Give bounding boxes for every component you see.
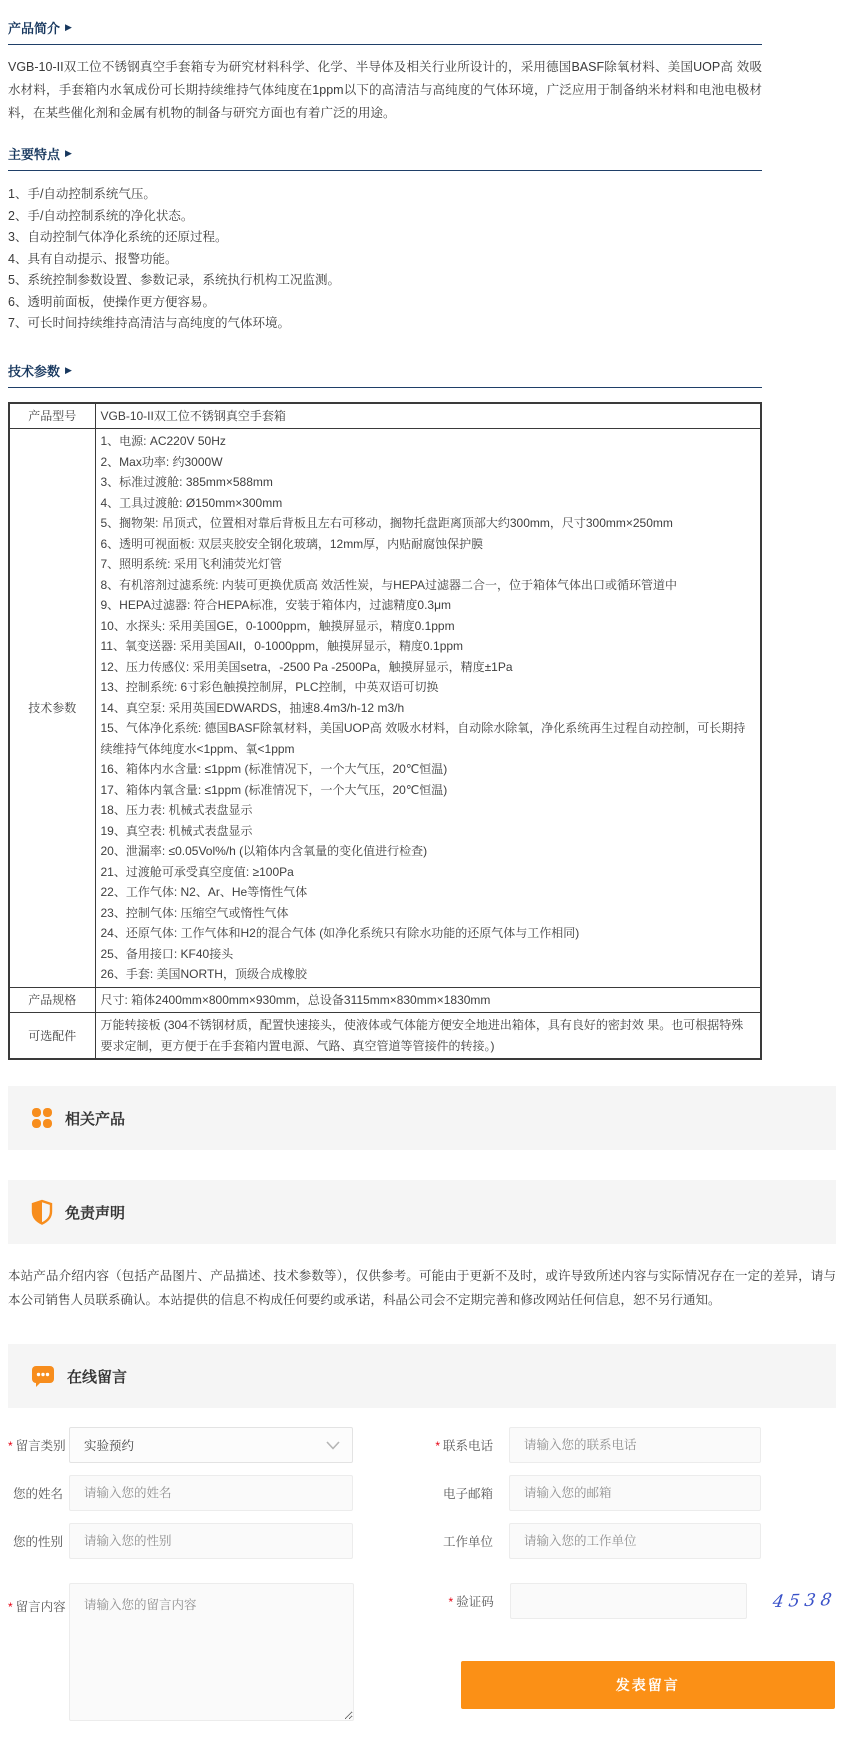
heading-arrow-icon: ▶ [65,148,72,159]
spec-line: 8、有机溶剂过滤系统: 内装可更换优质高 效活性炭，与HEPA过滤器二合一，位于… [101,575,756,596]
spec-line: 26、手套: 美国NORTH，顶级合成橡胶 [101,964,756,985]
spec-line: 18、压力表: 机械式表盘显示 [101,800,756,821]
message-board-band: 在线留言 [8,1344,836,1408]
chevron-down-icon [326,1441,340,1450]
spec-row-value: 1、电源: AC220V 50Hz2、Max功率: 约3000W3、标准过渡舱:… [95,429,761,988]
category-select[interactable]: 实验预约 [69,1427,353,1463]
content-label: 留言内容 [8,1583,63,1615]
clover-icon [30,1106,54,1130]
product-detail-page: 产品简介 ▶ VGB-10-II双工位不锈钢真空手套箱专为研究材料科学、化学、半… [0,0,842,1745]
specs-heading-label: 技术参数 [8,361,60,380]
spec-row-value: 尺寸: 箱体2400mm×800mm×930mm，总设备3115mm×830mm… [95,987,761,1013]
shield-icon [30,1199,54,1225]
spec-line: 4、工具过渡舱: Ø150mm×300mm [101,493,756,514]
heading-rule [8,170,762,171]
name-label: 您的姓名 [8,1484,63,1502]
spec-line: 10、水探头: 采用美国GE，0-1000ppm，触摸屏显示，精度0.1ppm [101,616,756,637]
content-textarea[interactable] [69,1583,354,1721]
section-heading-features: 主要特点 ▶ [8,144,836,163]
feature-item: 2、手/自动控制系统的净化状态。 [8,206,836,228]
spec-table: 产品型号 VGB-10-II双工位不锈钢真空手套箱 技术参数 1、电源: AC2… [8,402,762,1061]
intro-paragraph: VGB-10-II双工位不锈钢真空手套箱专为研究材料科学、化学、半导体及相关行业… [8,56,762,125]
name-input[interactable] [69,1475,353,1511]
spec-line: 20、泄漏率: ≤0.05Vol%/h (以箱体内含氧量的变化值进行检查) [101,841,756,862]
spec-row-label: 产品型号 [9,403,95,429]
heading-rule [8,387,762,388]
disclaimer-band: 免责声明 [8,1180,836,1244]
spec-line: 6、透明可视面板: 双层夹胶安全钢化玻璃，12mm厚，内贴耐腐蚀保护膜 [101,534,756,555]
submit-button[interactable]: 发表留言 [461,1661,835,1709]
form-row-category-phone: 留言类别 实验预约 联系电话 [8,1427,836,1463]
chat-bubble-icon [30,1364,56,1388]
email-label: 电子邮箱 [353,1484,493,1502]
gender-label: 您的性别 [8,1532,63,1550]
form-row-name-email: 您的姓名 电子邮箱 [8,1475,836,1511]
heading-rule [8,44,762,45]
captcha-image[interactable]: 4538 [771,1590,837,1612]
spec-line: 5、搁物架: 吊顶式，位置相对靠后背板且左右可移动，搁物托盘距离顶部大约300m… [101,513,756,534]
spec-row-label: 产品规格 [9,987,95,1013]
gender-input[interactable] [69,1523,353,1559]
section-heading-specs: 技术参数 ▶ [8,361,836,380]
spec-line: 23、控制气体: 压缩空气或惰性气体 [101,903,756,924]
category-label: 留言类别 [8,1436,63,1454]
disclaimer-paragraph: 本站产品介绍内容（包括产品图片、产品描述、技术参数等），仅供参考。可能由于更新不… [8,1264,836,1312]
spec-line: 14、真空泵: 采用英国EDWARDS，抽速8.4m3/h-12 m3/h [101,698,756,719]
spec-line: 万能转接板 (304不锈钢材质，配置快速接头，使液体或气体能方便安全地进出箱体，… [101,1015,756,1056]
spec-row-label: 技术参数 [9,429,95,988]
spec-line: 21、过渡舱可承受真空度值: ≥100Pa [101,862,756,883]
feature-item: 5、系统控制参数设置、参数记录，系统执行机构工况监测。 [8,270,836,292]
phone-label: 联系电话 [353,1436,493,1454]
email-input[interactable] [509,1475,761,1511]
spec-line: 25、备用接口: KF40接头 [101,944,756,965]
spec-line: 22、工作气体: N2、Ar、He等惰性气体 [101,882,756,903]
feature-item: 6、透明前面板，使操作更方便容易。 [8,292,836,314]
captcha-and-submit: 验证码 4538 发表留言 [354,1583,836,1709]
section-heading-intro: 产品简介 ▶ [8,18,836,37]
feature-item: 7、可长时间持续维持高清洁与高纯度的气体环境。 [8,313,836,335]
form-row-content-captcha: 留言内容 验证码 4538 发表留言 [8,1583,836,1721]
intro-heading-label: 产品简介 [8,18,60,37]
spec-line: 19、真空表: 机械式表盘显示 [101,821,756,842]
spec-line: 2、Max功率: 约3000W [101,452,756,473]
company-input[interactable] [509,1523,761,1559]
heading-arrow-icon: ▶ [65,365,72,376]
feature-item: 4、具有自动提示、报警功能。 [8,249,836,271]
form-row-gender-company: 您的性别 工作单位 [8,1523,836,1559]
spec-row-value: 万能转接板 (304不锈钢材质，配置快速接头，使液体或气体能方便安全地进出箱体，… [95,1013,761,1060]
company-label: 工作单位 [353,1532,493,1550]
spec-line: 17、箱体内氧含量: ≤1ppm (标准情况下，一个大气压，20℃恒温) [101,780,756,801]
spec-line: 24、还原气体: 工作气体和H2的混合气体 (如净化系统只有除水功能的还原气体与… [101,923,756,944]
table-row: 产品规格 尺寸: 箱体2400mm×800mm×930mm，总设备3115mm×… [9,987,761,1013]
spec-line: 16、箱体内水含量: ≤1ppm (标准情况下，一个大气压，20℃恒温) [101,759,756,780]
spec-line: 12、压力传感仪: 采用美国setra，-2500 Pa -2500Pa，触摸屏… [101,657,756,678]
spec-row-label: 可选配件 [9,1013,95,1060]
related-products-title: 相关产品 [65,1108,125,1129]
feature-item: 3、自动控制气体净化系统的还原过程。 [8,227,836,249]
spec-row-value: VGB-10-II双工位不锈钢真空手套箱 [95,403,761,429]
message-form: 留言类别 实验预约 联系电话 您的姓名 电子邮箱 您的性别 工作单位 留言内容 [8,1427,836,1721]
disclaimer-title: 免责声明 [65,1202,125,1223]
spec-line: 7、照明系统: 采用飞利浦荧光灯管 [101,554,756,575]
captcha-label: 验证码 [354,1592,494,1610]
spec-table-body: 产品型号 VGB-10-II双工位不锈钢真空手套箱 技术参数 1、电源: AC2… [9,403,761,1060]
captcha-input[interactable] [510,1583,747,1619]
feature-list: 1、手/自动控制系统气压。2、手/自动控制系统的净化状态。3、自动控制气体净化系… [8,184,836,335]
spec-line: 9、HEPA过滤器: 符合HEPA标准，安装于箱体内，过滤精度0.3μm [101,595,756,616]
spec-line: VGB-10-II双工位不锈钢真空手套箱 [101,406,756,427]
related-products-band: 相关产品 [8,1086,836,1150]
heading-arrow-icon: ▶ [65,22,72,33]
table-row: 可选配件 万能转接板 (304不锈钢材质，配置快速接头，使液体或气体能方便安全地… [9,1013,761,1060]
spec-line: 13、控制系统: 6寸彩色触摸控制屏，PLC控制，中英双语可切换 [101,677,756,698]
feature-item: 1、手/自动控制系统气压。 [8,184,836,206]
table-row: 产品型号 VGB-10-II双工位不锈钢真空手套箱 [9,403,761,429]
spec-line: 3、标准过渡舱: 385mm×588mm [101,472,756,493]
spec-line: 11、氧变送器: 采用美国AII，0-1000ppm，触摸屏显示，精度0.1pp… [101,636,756,657]
spec-line: 15、气体净化系统: 德国BASF除氧材料，美国UOP高 效吸水材料，自动除水除… [101,718,756,759]
spec-line: 尺寸: 箱体2400mm×800mm×930mm，总设备3115mm×830mm… [101,990,756,1011]
spec-line: 1、电源: AC220V 50Hz [101,431,756,452]
category-selected-value: 实验预约 [84,1436,134,1454]
features-heading-label: 主要特点 [8,144,60,163]
message-board-title: 在线留言 [67,1366,127,1387]
phone-input[interactable] [509,1427,761,1463]
captcha-row: 验证码 4538 [354,1583,836,1619]
table-row: 技术参数 1、电源: AC220V 50Hz2、Max功率: 约3000W3、标… [9,429,761,988]
